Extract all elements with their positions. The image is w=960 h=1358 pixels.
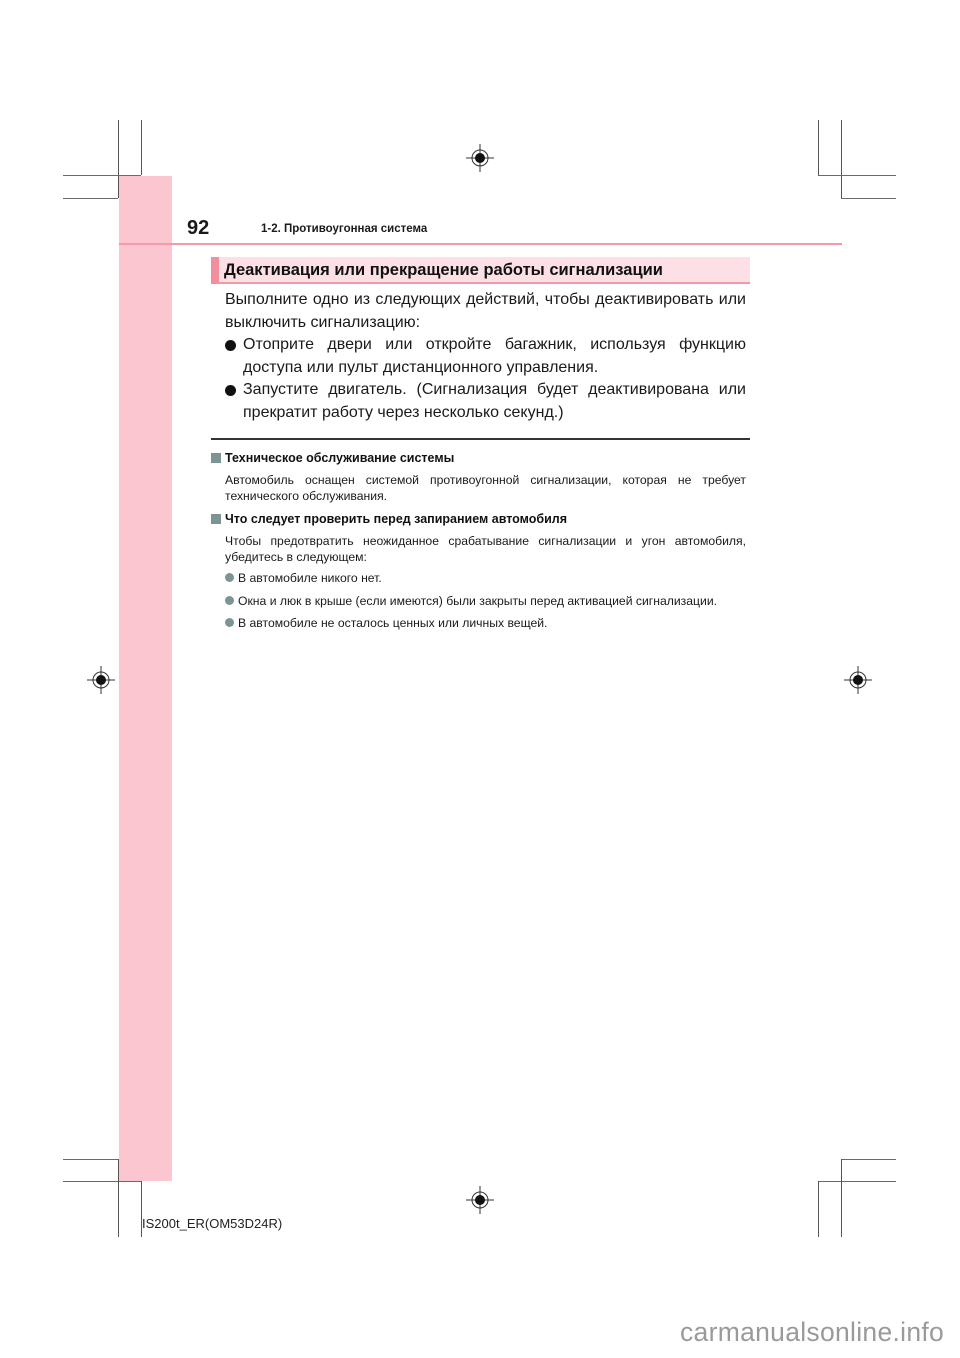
registration-mark-icon xyxy=(465,143,495,173)
section-heading: Деактивация или прекращение работы сигна… xyxy=(211,257,750,284)
bullet-icon xyxy=(225,618,234,627)
watermark: carmanualsonline.info xyxy=(680,1316,944,1348)
action-item-text: Запустите двигатель. (Сигнализация будет… xyxy=(243,381,746,421)
registration-mark-icon xyxy=(86,665,116,695)
action-list: Отоприте двери или откройте багажник, ис… xyxy=(225,334,746,424)
crop-mark xyxy=(841,1159,896,1160)
crop-mark xyxy=(818,175,896,176)
bullet-icon xyxy=(225,596,234,605)
section-intro: Выполните одно из следующих действий, чт… xyxy=(225,289,746,334)
chapter-side-tab xyxy=(119,176,172,1181)
checklist-item-text: Окна и люк в крыше (если имеются) были з… xyxy=(238,594,717,608)
checklist-item: Окна и люк в крыше (если имеются) были з… xyxy=(225,593,750,609)
note-heading: Техническое обслуживание системы xyxy=(211,450,454,466)
crop-mark xyxy=(818,1181,896,1182)
crop-mark xyxy=(841,1159,842,1237)
section-title: Деактивация или прекращение работы сигна… xyxy=(224,260,663,280)
bullet-icon xyxy=(225,340,236,351)
page-number: 92 xyxy=(187,216,209,240)
registration-mark-icon xyxy=(465,1185,495,1215)
crop-mark xyxy=(63,1181,141,1182)
crop-mark xyxy=(63,198,118,199)
square-marker-icon xyxy=(211,453,221,463)
section-divider xyxy=(211,438,750,440)
checklist-item: В автомобиле не осталось ценных или личн… xyxy=(225,615,750,631)
checklist: В автомобиле никого нет. Окна и люк в кр… xyxy=(225,570,750,631)
chapter-title: 1-2. Противоугонная система xyxy=(261,222,427,236)
crop-mark xyxy=(841,120,842,198)
crop-mark xyxy=(141,120,142,175)
note-heading-text: Что следует проверить перед запиранием а… xyxy=(225,512,567,526)
note-body: Чтобы предотвратить неожиданное срабатыв… xyxy=(225,533,746,565)
crop-mark xyxy=(818,1181,819,1237)
checklist-item: В автомобиле никого нет. xyxy=(225,570,750,586)
note-heading: Что следует проверить перед запиранием а… xyxy=(211,511,567,527)
bullet-icon xyxy=(225,385,236,396)
bullet-icon xyxy=(225,573,234,582)
action-item-text: Отоприте двери или откройте багажник, ис… xyxy=(243,336,746,376)
crop-mark xyxy=(841,198,896,199)
square-marker-icon xyxy=(211,514,221,524)
action-item: Отоприте двери или откройте багажник, ис… xyxy=(225,334,746,379)
crop-mark xyxy=(63,1159,118,1160)
header-rule xyxy=(119,243,842,245)
registration-mark-icon xyxy=(843,665,873,695)
note-body: Автомобиль оснащен системой противоугонн… xyxy=(225,472,746,504)
checklist-item-text: В автомобиле никого нет. xyxy=(238,571,382,585)
checklist-item-text: В автомобиле не осталось ценных или личн… xyxy=(238,616,547,630)
section-heading-accent xyxy=(211,257,219,284)
crop-mark xyxy=(818,120,819,175)
note-heading-text: Техническое обслуживание системы xyxy=(225,451,454,465)
manual-code: IS200t_ER(OM53D24R) xyxy=(142,1216,282,1232)
action-item: Запустите двигатель. (Сигнализация будет… xyxy=(225,379,746,424)
